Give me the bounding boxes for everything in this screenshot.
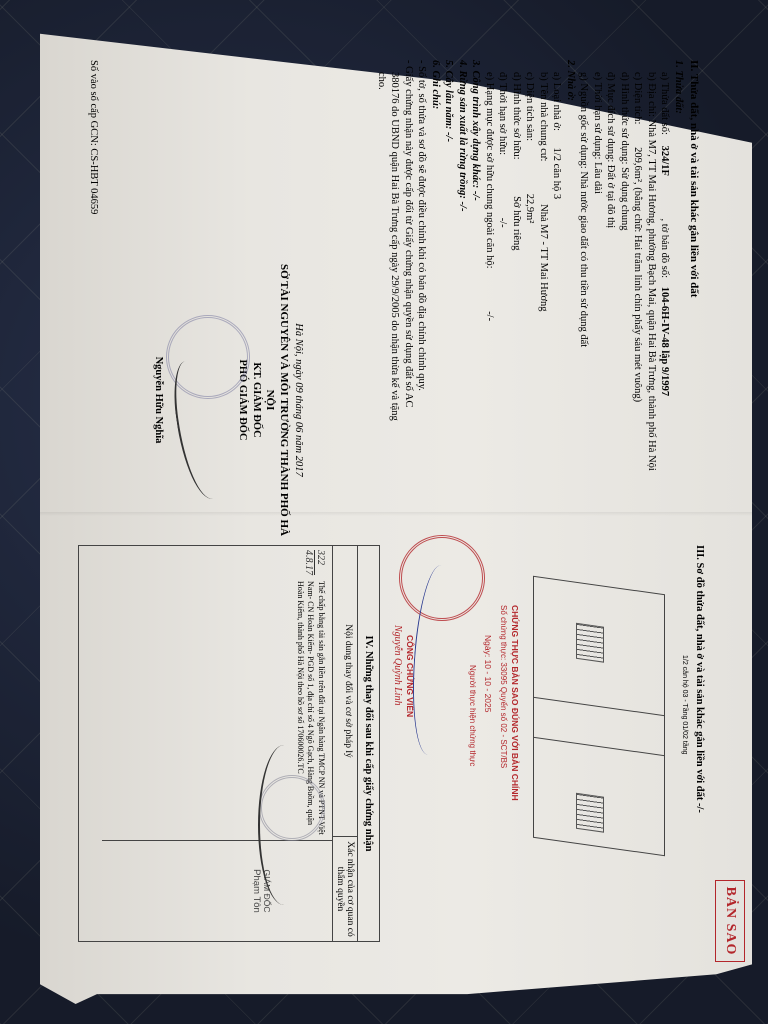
certification-date: Ngày: 10 - 10 - 2025 — [483, 635, 493, 905]
room-divider-2 — [534, 737, 664, 756]
approver-signature — [258, 745, 310, 905]
section-iv-heading: IV. Những thay đổi sau khi cấp giấy chứn… — [357, 546, 379, 941]
note-4: cho. — [375, 60, 389, 530]
note-1: - Số tờ, số thửa và sơ đồ sẽ được điều c… — [415, 60, 429, 530]
certification-performer: Người thực hiện chứng thực — [468, 665, 477, 905]
own-term-line: đ) Thời hạn sở hữu: -/- — [496, 60, 510, 530]
section-iii-subcaption: 1/2 căn hộ 03 - Tầng 01/02 tầng — [678, 655, 692, 975]
certification-block: CHỨNG THỰC BẢN SAO ĐÚNG VỚI BẢN CHÍNH Số… — [468, 605, 520, 905]
purpose-line: đ) Mục đích sử dụng: Đất ở tại đô thị — [604, 60, 618, 530]
signer-title: PHÓ GIÁM ĐỐC — [235, 260, 249, 540]
house-heading: 2. Nhà ở: — [564, 60, 578, 530]
place-date: Hà Nội, ngày 09 tháng 06 năm 2017 — [291, 260, 305, 540]
stairs-1 — [576, 623, 604, 663]
stairs-2 — [576, 793, 604, 833]
forest: 4. Rừng sản xuất là rừng trồng: -/- — [456, 60, 470, 530]
floor-area-line: c) Diện tích sàn: 22,9m² — [523, 60, 537, 530]
room-divider — [534, 697, 664, 716]
signer-name: Nguyễn Hữu Nghĩa — [151, 260, 165, 540]
section-iii-heading: III. Sơ đồ thửa đất, nhà ở và tài sản kh… — [694, 545, 705, 975]
ban-sao-stamp: BẢN SAO — [715, 880, 745, 962]
perennial: 5. Cây lâu năm: -/- — [442, 60, 456, 530]
col-changes: Nội dung thay đổi và cơ sở pháp lý — [333, 546, 357, 837]
ownership-line: d) Hình thức sở hữu: Sở hữu riêng — [510, 60, 524, 530]
origin-line: g) Nguồn gốc sử dụng: Nhà nước giao đất … — [577, 60, 591, 530]
common-line: e) Hạng mục được sở hữu chung ngoài căn … — [483, 60, 497, 530]
section-iv-table: IV. Những thay đổi sau khi cấp giấy chứn… — [78, 545, 380, 942]
land-heading: 1. Thửa đất: — [672, 60, 686, 530]
registry-number: Số vào sổ cấp GCN: CS-HBT 04659 — [87, 60, 101, 214]
col-confirmation: Xác nhận của cơ quan có thẩm quyền — [333, 837, 357, 941]
building-line: b) Tên nhà chung cư: Nhà M7 - TT Mai Hươ… — [537, 60, 551, 530]
notes-heading: 6. Ghi chú: — [429, 60, 443, 530]
notary-name: Nguyễn Quỳnh Linh — [392, 625, 403, 706]
area-line: c) Diện tích: 209,6m², (bằng chữ: Hai tr… — [631, 60, 645, 530]
entry-date: 4.8.17 — [303, 550, 314, 575]
address-line: b) Địa chỉ: Nhà M7, TT Mai Hương, phường… — [645, 60, 659, 522]
on-behalf: KT. GIÁM ĐỐC — [249, 260, 263, 540]
note-3: 380176 do UBND quận Hai Bà Trưng cấp ngà… — [388, 60, 402, 530]
certification-number: Số chứng thực: 33095 Quyển số 02 - SCT/B… — [499, 605, 508, 905]
section-ii-rotated: II. Thửa đất, nhà ở và tài sản khác gắn … — [80, 60, 700, 530]
section-ii-heading: II. Thửa đất, nhà ở và tài sản khác gắn … — [688, 60, 700, 530]
authority: SỞ TÀI NGUYÊN VÀ MÔI TRƯỜNG THÀNH PHỐ HÀ… — [263, 260, 291, 540]
certification-title: CHỨNG THỰC BẢN SAO ĐÚNG VỚI BẢN CHÍNH — [510, 605, 520, 905]
floor-plan — [533, 576, 665, 857]
note-2: - Giấy chứng nhận này được cấp đổi từ Gi… — [402, 60, 416, 530]
other-works: 3. Công trình xây dựng khác: -/- — [469, 60, 483, 530]
entry-number: 322 — [314, 550, 326, 575]
use-form-line: d) Hình thức sử dụng: Sử dụng chung — [618, 60, 632, 530]
term-line: e) Thời hạn sử dụng: Lâu dài — [591, 60, 605, 530]
house-type-line: a) Loại nhà ở: 1/2 căn hộ 3 — [550, 60, 564, 530]
parcel-line: a) Thửa đất số: 324/1F , tờ bản đồ số: 1… — [658, 60, 672, 530]
lower-half-rotated: III. Sơ đồ thửa đất, nhà ở và tài sản kh… — [105, 545, 705, 975]
